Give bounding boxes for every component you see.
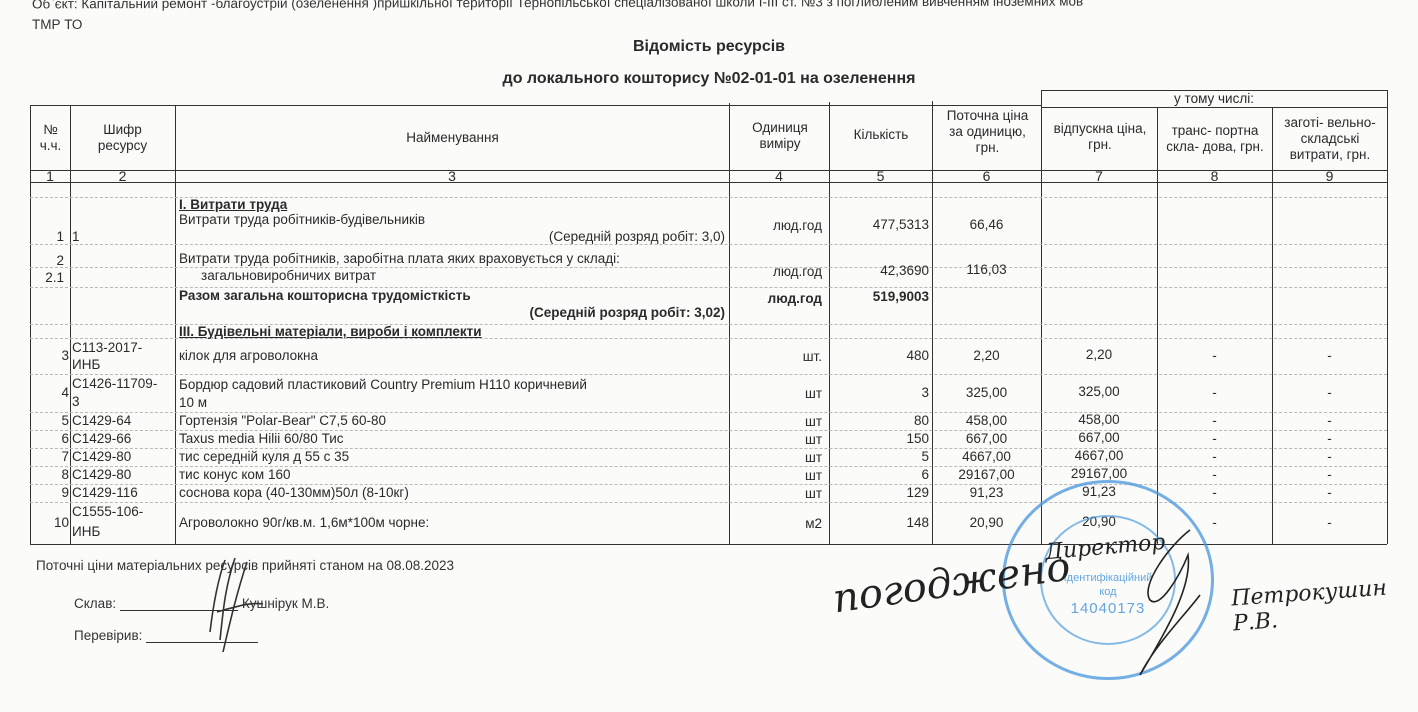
unit: шт xyxy=(732,386,822,401)
storage-cost: - xyxy=(1272,413,1387,428)
labor-total-note: (Середній розряд робіт: 3,02) xyxy=(400,305,725,320)
resource-code: 1 xyxy=(72,229,80,244)
header-release-price: відпускна ціна, грн. xyxy=(1050,108,1150,166)
header-including: у тому числі: xyxy=(1041,90,1387,107)
object-description: Об`єкт: Капітальний ремонт -благоустрій … xyxy=(32,0,1083,11)
header-transport: транс- портна скла- дова, грн. xyxy=(1160,108,1270,170)
labor-total-name: Разом загальна кошторисна трудомісткість xyxy=(179,288,471,303)
resource-name: Витрати труда робітників, заробітна плат… xyxy=(179,251,620,266)
unit: шт xyxy=(732,450,822,465)
current-price: 116,03 xyxy=(932,262,1041,277)
row-separator xyxy=(30,374,1387,375)
resource-name: Гортензія "Polar-Bear" С7,5 60-80 xyxy=(179,413,386,428)
transport-cost: - xyxy=(1157,413,1272,428)
column-number: 9 xyxy=(1272,169,1387,184)
compiler-signature xyxy=(195,552,275,662)
storage-cost: - xyxy=(1272,467,1387,482)
row-number: 6 xyxy=(31,431,69,446)
resource-code-cont: 3 xyxy=(72,394,80,409)
release-price: 4667,00 xyxy=(1041,448,1157,463)
labor-total-unit: люд.год xyxy=(732,291,822,306)
resource-name: Taxus media Hilii 60/80 Тис xyxy=(179,431,344,446)
resource-code: С1426-11709- xyxy=(72,376,157,391)
quantity: 150 xyxy=(832,431,929,446)
handwritten-signatory: Петрокушин Р.В. xyxy=(1230,574,1418,637)
resource-code: С1429-80 xyxy=(72,467,131,482)
transport-cost: - xyxy=(1157,431,1272,446)
document-title: Відомість ресурсів xyxy=(0,38,1418,56)
quantity: 80 xyxy=(832,413,929,428)
storage-cost: - xyxy=(1272,485,1387,500)
transport-cost: - xyxy=(1157,467,1272,482)
checked-label: Перевірив: xyxy=(74,628,142,643)
header-current-price: Поточна ціна за одиницю, грн. xyxy=(940,100,1035,164)
resource-code: С1555-106- xyxy=(72,504,143,519)
section-materials-title: ІІІ. Будівельні матеріали, вироби і комп… xyxy=(179,324,482,339)
current-price: 667,00 xyxy=(932,431,1041,446)
current-price: 66,46 xyxy=(932,217,1041,232)
table-border xyxy=(1387,90,1388,544)
transport-cost: - xyxy=(1157,485,1272,500)
resource-name: тис середній куля д 55 с 35 xyxy=(179,449,349,464)
quantity: 6 xyxy=(832,467,929,482)
resource-name: Бордюр садовий пластиковий Country Premi… xyxy=(179,377,587,392)
current-price: 4667,00 xyxy=(932,449,1041,464)
resource-name: Агроволокно 90г/кв.м. 1,6м*100м чорне: xyxy=(179,515,429,530)
quantity: 3 xyxy=(832,385,929,400)
row-number: 8 xyxy=(31,467,69,482)
object-description-line2: ТМР ТО xyxy=(32,17,82,32)
row-number: 1 xyxy=(31,229,64,244)
resource-name: Витрати труда робітників-будівельників xyxy=(179,212,425,227)
resource-name: тис конус ком 160 xyxy=(179,467,290,482)
header-unit: Одиниця виміру xyxy=(740,104,820,168)
resource-code: С1429-116 xyxy=(72,485,138,500)
transport-cost: - xyxy=(1157,348,1272,363)
row-number: 7 xyxy=(31,449,69,464)
director-signature xyxy=(1100,525,1210,685)
release-price: 29167,00 xyxy=(1041,466,1157,481)
unit: шт. xyxy=(732,349,822,364)
row-number: 3 xyxy=(31,348,69,363)
resource-code-cont: ИНБ xyxy=(72,357,100,372)
storage-cost: - xyxy=(1272,348,1387,363)
quantity: 148 xyxy=(832,515,929,530)
header-name: Найменування xyxy=(176,106,729,170)
row-number: 2 xyxy=(31,253,64,268)
column-number: 7 xyxy=(1041,169,1157,184)
row-number: 9 xyxy=(31,485,69,500)
resource-name: кілок для агроволокна xyxy=(179,348,318,363)
quantity: 129 xyxy=(832,485,929,500)
column-number: 3 xyxy=(175,169,729,184)
section-labor-title: І. Витрати труда xyxy=(179,197,287,212)
release-price: 458,00 xyxy=(1041,412,1157,427)
compiled-label: Склав: xyxy=(74,596,116,611)
column-number: 6 xyxy=(932,169,1041,184)
quantity: 5 xyxy=(832,449,929,464)
document-subtitle: до локального кошторису №02-01-01 на озе… xyxy=(0,70,1418,88)
quantity: 42,3690 xyxy=(832,263,929,278)
labor-total-quantity: 519,9003 xyxy=(832,289,929,304)
unit: шт xyxy=(732,414,822,429)
release-price: 667,00 xyxy=(1041,430,1157,445)
resource-code: С1429-64 xyxy=(72,413,131,428)
unit: люд.год xyxy=(732,218,822,233)
row-number: 5 xyxy=(31,413,69,428)
row-separator xyxy=(30,244,1387,245)
header-resource-code: Шифр ресурсу xyxy=(85,106,160,170)
transport-cost: - xyxy=(1157,449,1272,464)
storage-cost: - xyxy=(1272,431,1387,446)
transport-cost: - xyxy=(1157,385,1272,400)
storage-cost: - xyxy=(1272,449,1387,464)
current-price: 29167,00 xyxy=(932,467,1041,482)
header-storage: заготі- вельно- складські витрати, грн. xyxy=(1274,108,1386,170)
unit: люд.год xyxy=(732,264,822,279)
release-price: 325,00 xyxy=(1041,384,1157,399)
unit: м2 xyxy=(732,516,822,531)
unit: шт xyxy=(732,486,822,501)
quantity: 477,5313 xyxy=(832,217,929,232)
resource-code: С113-2017- xyxy=(72,340,142,355)
header-number: № ч.ч. xyxy=(31,106,70,170)
column-number: 5 xyxy=(829,169,932,184)
resource-note: (Середній розряд робіт: 3,0) xyxy=(400,229,725,244)
row-separator xyxy=(30,502,1387,503)
header-quantity: Кількість xyxy=(830,103,932,167)
resource-name-cont: 10 м xyxy=(179,395,207,410)
resource-name-sub: загальновиробничих витрат xyxy=(201,268,376,283)
row-number: 4 xyxy=(31,385,69,400)
unit: шт xyxy=(732,468,822,483)
current-price: 325,00 xyxy=(932,385,1041,400)
row-number: 10 xyxy=(31,515,69,530)
quantity: 480 xyxy=(832,348,929,363)
resource-code: С1429-80 xyxy=(72,449,131,464)
column-number: 2 xyxy=(70,169,175,184)
release-price: 2,20 xyxy=(1041,347,1157,362)
resource-name: соснова кора (40-130мм)50л (8-10кг) xyxy=(179,485,409,500)
column-number: 1 xyxy=(30,169,70,184)
resource-code: С1429-66 xyxy=(72,431,131,446)
column-number: 8 xyxy=(1157,169,1272,184)
column-number: 4 xyxy=(729,169,829,184)
current-price: 91,23 xyxy=(932,485,1041,500)
current-price: 458,00 xyxy=(932,413,1041,428)
resource-code-cont: ИНБ xyxy=(72,524,100,539)
row-number-sub: 2.1 xyxy=(31,270,64,285)
current-price: 2,20 xyxy=(932,348,1041,363)
storage-cost: - xyxy=(1272,385,1387,400)
storage-cost: - xyxy=(1272,515,1387,530)
unit: шт xyxy=(732,432,822,447)
